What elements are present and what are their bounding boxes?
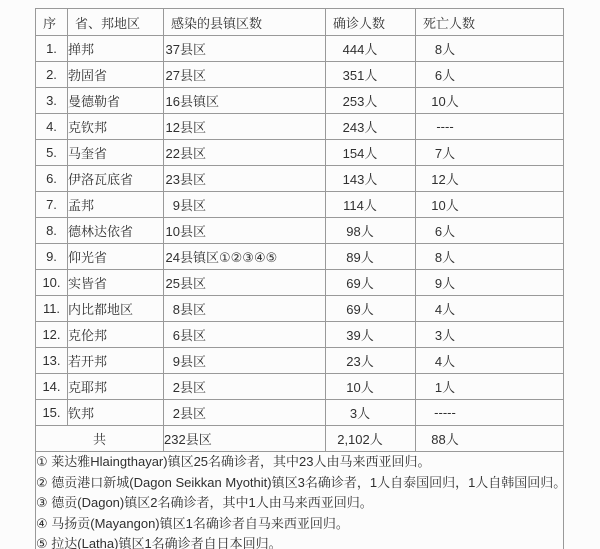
deaths-cell: 7人 [416, 140, 564, 166]
counties-number: 23 [164, 172, 180, 187]
counties-number: 9 [164, 354, 180, 369]
header-deaths: 死亡人数 [416, 9, 564, 36]
total-counties-cell: 232县区 [164, 426, 326, 452]
footnote-5: ⑤ 拉达(Latha)镇区1名确诊者自日本回归。 [36, 534, 563, 549]
table-row: 12. 克伦邦 6县区 39人 3人 [36, 322, 564, 348]
counties-cell: 27县区 [164, 62, 326, 88]
counties-cell: 10县区 [164, 218, 326, 244]
confirmed-value: 351人 [326, 65, 394, 84]
deaths-value: 3人 [416, 325, 474, 344]
counties-cell: 23县区 [164, 166, 326, 192]
counties-cell: 9县区 [164, 192, 326, 218]
table-row: 14. 克耶邦 2县区 10人 1人 [36, 374, 564, 400]
row-index-cell: 7. [36, 192, 68, 218]
row-index-cell: 3. [36, 88, 68, 114]
header-region: 省、邦地区 [68, 9, 164, 36]
deaths-value: 7人 [416, 143, 474, 162]
table-row: 3. 曼德勒省 16县镇区 253人 10人 [36, 88, 564, 114]
table-row: 15. 钦邦 2县区 3人 ----- [36, 400, 564, 426]
confirmed-cell: 3人 [326, 400, 416, 426]
region-cell: 内比都地区 [68, 296, 164, 322]
table-row: 8. 德林达依省 10县区 98人 6人 [36, 218, 564, 244]
deaths-cell: 8人 [416, 244, 564, 270]
confirmed-value: 69人 [326, 273, 394, 292]
region-cell: 勃固省 [68, 62, 164, 88]
row-index-cell: 15. [36, 400, 68, 426]
region-cell: 钦邦 [68, 400, 164, 426]
counties-unit: 县区 [180, 224, 206, 239]
covid-stats-table: 序 省、邦地区 感染的县镇区数 确诊人数 死亡人数 1. 掸邦 37县区 444… [35, 8, 564, 549]
counties-number: 6 [164, 328, 180, 343]
deaths-value: ---- [416, 119, 474, 134]
counties-unit: 县区 [180, 120, 206, 135]
table-row: 9. 仰光省 24县镇区①②③④⑤ 89人 8人 [36, 244, 564, 270]
table-row: 2. 勃固省 27县区 351人 6人 [36, 62, 564, 88]
footnotes-cell: ① 莱达雅Hlaingthayar)镇区25名确诊者，其中23人由马来西亚回归。… [36, 452, 564, 549]
counties-unit: 县区 [180, 354, 206, 369]
total-counties-unit: 县区 [186, 432, 212, 447]
header-row: 序 省、邦地区 感染的县镇区数 确诊人数 死亡人数 [36, 9, 564, 36]
deaths-cell: 6人 [416, 218, 564, 244]
region-cell: 若开邦 [68, 348, 164, 374]
counties-number: 2 [164, 406, 180, 421]
deaths-value: ----- [416, 405, 474, 420]
total-confirmed-value: 2,102人 [326, 429, 394, 448]
counties-unit: 县区 [180, 406, 206, 421]
confirmed-cell: 351人 [326, 62, 416, 88]
region-cell: 伊洛瓦底省 [68, 166, 164, 192]
counties-number: 25 [164, 276, 180, 291]
confirmed-value: 10人 [326, 377, 394, 396]
row-index-cell: 1. [36, 36, 68, 62]
confirmed-value: 39人 [326, 325, 394, 344]
counties-number: 9 [164, 198, 180, 213]
deaths-value: 10人 [416, 91, 474, 110]
region-cell: 克耶邦 [68, 374, 164, 400]
counties-number: 37 [164, 42, 180, 57]
table-row: 1. 掸邦 37县区 444人 8人 [36, 36, 564, 62]
confirmed-cell: 39人 [326, 322, 416, 348]
deaths-cell: 4人 [416, 348, 564, 374]
row-index-cell: 5. [36, 140, 68, 166]
row-index-cell: 2. [36, 62, 68, 88]
counties-cell: 12县区 [164, 114, 326, 140]
deaths-value: 8人 [416, 39, 474, 58]
confirmed-value: 98人 [326, 221, 394, 240]
footnote-1: ① 莱达雅Hlaingthayar)镇区25名确诊者，其中23人由马来西亚回归。 [36, 452, 563, 473]
confirmed-cell: 98人 [326, 218, 416, 244]
total-label-cell: 共 [36, 426, 164, 452]
row-index-cell: 4. [36, 114, 68, 140]
counties-cell: 25县区 [164, 270, 326, 296]
deaths-value: 6人 [416, 65, 474, 84]
deaths-value: 10人 [416, 195, 474, 214]
confirmed-cell: 143人 [326, 166, 416, 192]
confirmed-value: 154人 [326, 143, 394, 162]
counties-cell: 6县区 [164, 322, 326, 348]
total-deaths-cell: 88人 [416, 426, 564, 452]
deaths-cell: 10人 [416, 88, 564, 114]
confirmed-cell: 69人 [326, 270, 416, 296]
counties-number: 12 [164, 120, 180, 135]
confirmed-value: 243人 [326, 117, 394, 136]
confirmed-cell: 89人 [326, 244, 416, 270]
deaths-value: 6人 [416, 221, 474, 240]
table-body: 1. 掸邦 37县区 444人 8人 2. 勃固省 27县区 351人 6人 3… [36, 36, 564, 549]
confirmed-cell: 114人 [326, 192, 416, 218]
deaths-cell: 3人 [416, 322, 564, 348]
footnote-4: ④ 马扬贡(Mayangon)镇区1名确诊者自马来西亚回归。 [36, 514, 563, 535]
confirmed-cell: 69人 [326, 296, 416, 322]
deaths-value: 4人 [416, 299, 474, 318]
deaths-value: 12人 [416, 169, 474, 188]
confirmed-value: 69人 [326, 299, 394, 318]
confirmed-value: 23人 [326, 351, 394, 370]
table-row: 10. 实皆省 25县区 69人 9人 [36, 270, 564, 296]
deaths-cell: 12人 [416, 166, 564, 192]
row-index-cell: 12. [36, 322, 68, 348]
counties-cell: 37县区 [164, 36, 326, 62]
confirmed-cell: 23人 [326, 348, 416, 374]
region-cell: 德林达依省 [68, 218, 164, 244]
counties-number: 8 [164, 302, 180, 317]
counties-unit: 县区 [180, 302, 206, 317]
header-confirmed: 确诊人数 [326, 9, 416, 36]
row-index-cell: 9. [36, 244, 68, 270]
counties-unit: 县区 [180, 380, 206, 395]
row-index-cell: 8. [36, 218, 68, 244]
counties-cell: 8县区 [164, 296, 326, 322]
counties-cell: 2县区 [164, 374, 326, 400]
region-cell: 马奎省 [68, 140, 164, 166]
deaths-value: 1人 [416, 377, 474, 396]
confirmed-value: 253人 [326, 91, 394, 110]
deaths-cell: 1人 [416, 374, 564, 400]
row-index-cell: 10. [36, 270, 68, 296]
deaths-cell: 8人 [416, 36, 564, 62]
region-cell: 仰光省 [68, 244, 164, 270]
confirmed-cell: 444人 [326, 36, 416, 62]
table-row: 13. 若开邦 9县区 23人 4人 [36, 348, 564, 374]
confirmed-value: 89人 [326, 247, 394, 266]
counties-number: 2 [164, 380, 180, 395]
region-cell: 克钦邦 [68, 114, 164, 140]
confirmed-value: 444人 [326, 39, 394, 58]
table-row: 11. 内比都地区 8县区 69人 4人 [36, 296, 564, 322]
deaths-cell: 10人 [416, 192, 564, 218]
counties-cell: 16县镇区 [164, 88, 326, 114]
total-deaths-value: 88人 [416, 429, 474, 448]
row-index-cell: 13. [36, 348, 68, 374]
deaths-cell: 6人 [416, 62, 564, 88]
confirmed-cell: 243人 [326, 114, 416, 140]
document-page: 序 省、邦地区 感染的县镇区数 确诊人数 死亡人数 1. 掸邦 37县区 444… [0, 0, 600, 549]
confirmed-cell: 10人 [326, 374, 416, 400]
row-index-cell: 11. [36, 296, 68, 322]
counties-cell: 2县区 [164, 400, 326, 426]
row-index-cell: 14. [36, 374, 68, 400]
counties-unit: 县区 [180, 276, 206, 291]
counties-unit: 县区 [180, 146, 206, 161]
footnote-3: ③ 德贡(Dagon)镇区2名确诊者，其中1人由马来西亚回归。 [36, 493, 563, 514]
header-counties: 感染的县镇区数 [164, 9, 326, 36]
total-confirmed-cell: 2,102人 [326, 426, 416, 452]
region-cell: 曼德勒省 [68, 88, 164, 114]
counties-cell: 9县区 [164, 348, 326, 374]
counties-number: 24 [164, 250, 180, 265]
table-header: 序 省、邦地区 感染的县镇区数 确诊人数 死亡人数 [36, 9, 564, 36]
counties-cell: 22县区 [164, 140, 326, 166]
confirmed-value: 114人 [326, 195, 394, 214]
row-index-cell: 6. [36, 166, 68, 192]
deaths-value: 9人 [416, 273, 474, 292]
region-cell: 实皆省 [68, 270, 164, 296]
table-row: 7. 孟邦 9县区 114人 10人 [36, 192, 564, 218]
counties-number: 27 [164, 68, 180, 83]
table-row: 4. 克钦邦 12县区 243人 ---- [36, 114, 564, 140]
deaths-cell: 4人 [416, 296, 564, 322]
counties-unit: 县区 [180, 172, 206, 187]
deaths-cell: ---- [416, 114, 564, 140]
footnote-2: ② 德贡港口新城(Dagon Seikkan Myothit)镇区3名确诊者，1… [36, 473, 563, 494]
table-row: 5. 马奎省 22县区 154人 7人 [36, 140, 564, 166]
counties-number: 22 [164, 146, 180, 161]
counties-unit: 县镇区 [180, 94, 219, 109]
table-row: 6. 伊洛瓦底省 23县区 143人 12人 [36, 166, 564, 192]
counties-unit: 县区 [180, 328, 206, 343]
region-cell: 孟邦 [68, 192, 164, 218]
counties-unit: 县区 [180, 42, 206, 57]
counties-unit: 县区 [180, 198, 206, 213]
deaths-value: 4人 [416, 351, 474, 370]
counties-number: 10 [164, 224, 180, 239]
counties-unit: 县区 [180, 68, 206, 83]
confirmed-value: 3人 [326, 403, 394, 422]
confirmed-value: 143人 [326, 169, 394, 188]
deaths-value: 8人 [416, 247, 474, 266]
region-cell: 掸邦 [68, 36, 164, 62]
confirmed-cell: 154人 [326, 140, 416, 166]
counties-cell: 24县镇区①②③④⑤ [164, 244, 326, 270]
counties-unit: 县镇区①②③④⑤ [180, 250, 277, 265]
deaths-cell: ----- [416, 400, 564, 426]
total-counties-number: 232 [164, 432, 186, 447]
total-row: 共 232县区 2,102人 88人 [36, 426, 564, 452]
counties-number: 16 [164, 94, 180, 109]
confirmed-cell: 253人 [326, 88, 416, 114]
deaths-cell: 9人 [416, 270, 564, 296]
footnotes-row: ① 莱达雅Hlaingthayar)镇区25名确诊者，其中23人由马来西亚回归。… [36, 452, 564, 549]
region-cell: 克伦邦 [68, 322, 164, 348]
header-index: 序 [36, 9, 68, 36]
